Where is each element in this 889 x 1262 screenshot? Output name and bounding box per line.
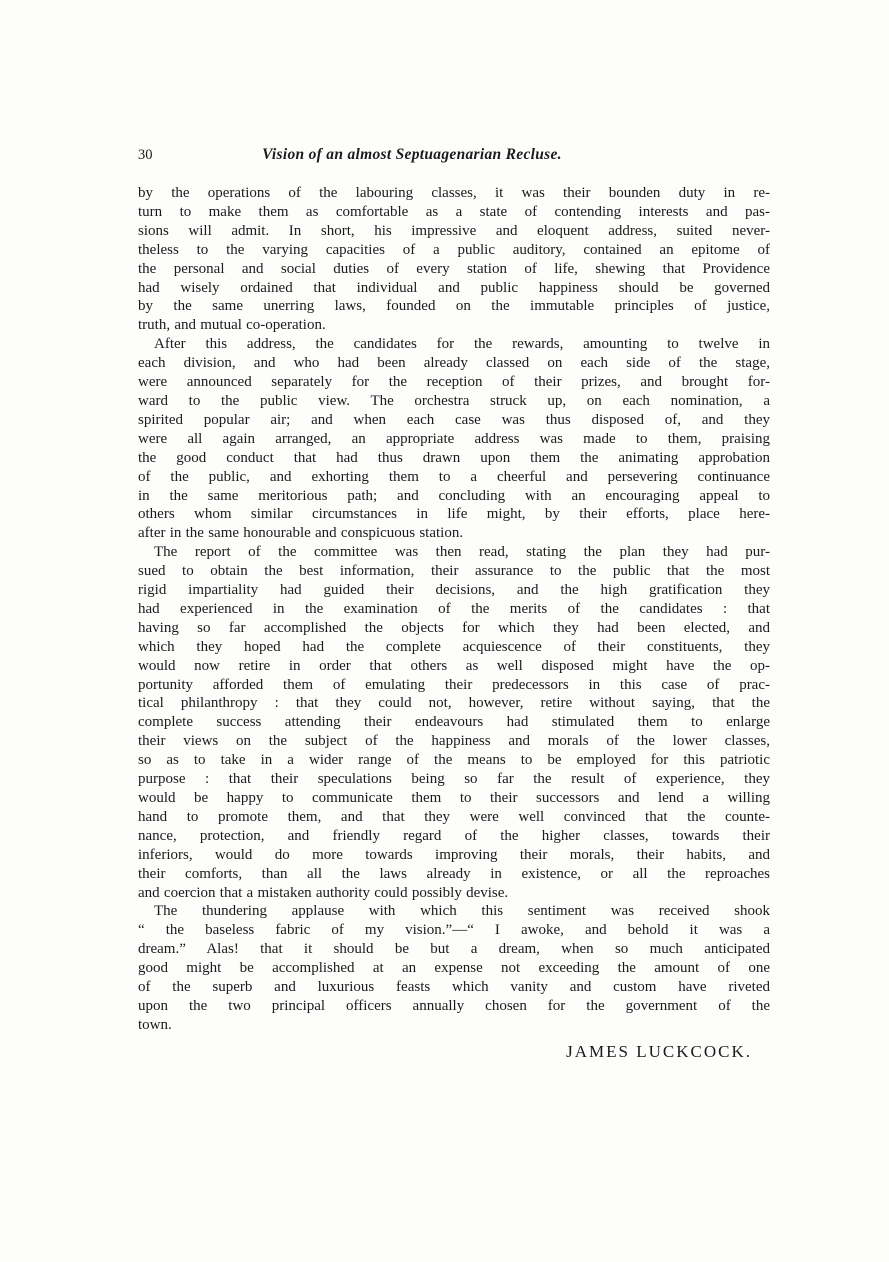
text-line: good might be accomplished at an expense… bbox=[138, 959, 770, 978]
text-line: “ the baseless fabric of my vision.”—“ I… bbox=[138, 921, 770, 940]
text-line: would now retire in order that others as… bbox=[138, 657, 770, 676]
paragraph: The report of the committee was then rea… bbox=[138, 543, 770, 902]
page-content: 30 Vision of an almost Septuagenarian Re… bbox=[138, 146, 770, 1062]
text-line: of the public, and exhorting them to a c… bbox=[138, 468, 770, 487]
text-line: and coercion that a mistaken authority c… bbox=[138, 884, 770, 903]
text-line: their views on the subject of the happin… bbox=[138, 732, 770, 751]
text-line: turn to make them as comfortable as a st… bbox=[138, 203, 770, 222]
text-line: The thundering applause with which this … bbox=[138, 902, 770, 921]
book-page: 30 Vision of an almost Septuagenarian Re… bbox=[0, 0, 889, 1262]
text-line: sions will admit. In short, his impressi… bbox=[138, 222, 770, 241]
text-line: rigid impartiality had guided their deci… bbox=[138, 581, 770, 600]
text-line: so as to take in a wider range of the me… bbox=[138, 751, 770, 770]
text-line: each division, and who had been already … bbox=[138, 354, 770, 373]
text-line: had experienced in the examination of th… bbox=[138, 600, 770, 619]
text-line: theless to the varying capacities of a p… bbox=[138, 241, 770, 260]
text-line: spirited popular air; and when each case… bbox=[138, 411, 770, 430]
text-line: their comforts, than all the laws alread… bbox=[138, 865, 770, 884]
page-header: 30 Vision of an almost Septuagenarian Re… bbox=[138, 146, 770, 168]
page-body: by the operations of the labouring class… bbox=[138, 184, 770, 1035]
text-line: after in the same honourable and conspic… bbox=[138, 524, 770, 543]
text-line: which they hoped had the complete acquie… bbox=[138, 638, 770, 657]
text-line: dream.” Alas! that it should be but a dr… bbox=[138, 940, 770, 959]
paragraph: The thundering applause with which this … bbox=[138, 902, 770, 1034]
text-line: in the same meritorious path; and conclu… bbox=[138, 487, 770, 506]
text-line: by the operations of the labouring class… bbox=[138, 184, 770, 203]
text-line: town. bbox=[138, 1016, 770, 1035]
text-line: of the superb and luxurious feasts which… bbox=[138, 978, 770, 997]
text-line: purpose : that their speculations being … bbox=[138, 770, 770, 789]
author-signature: JAMES LUCKCOCK. bbox=[138, 1042, 770, 1062]
text-line: sued to obtain the best information, the… bbox=[138, 562, 770, 581]
running-title: Vision of an almost Septuagenarian Reclu… bbox=[96, 146, 728, 164]
text-line: inferiors, would do more towards improvi… bbox=[138, 846, 770, 865]
text-line: portunity afforded them of emulating the… bbox=[138, 676, 770, 695]
text-line: by the same unerring laws, founded on th… bbox=[138, 297, 770, 316]
text-line: were announced separately for the recept… bbox=[138, 373, 770, 392]
text-line: the personal and social duties of every … bbox=[138, 260, 770, 279]
text-line: were all again arranged, an appropriate … bbox=[138, 430, 770, 449]
text-line: the good conduct that had thus drawn upo… bbox=[138, 449, 770, 468]
text-line: nance, protection, and friendly regard o… bbox=[138, 827, 770, 846]
text-line: would be happy to communicate them to th… bbox=[138, 789, 770, 808]
text-line: truth, and mutual co-operation. bbox=[138, 316, 770, 335]
text-line: hand to promote them, and that they were… bbox=[138, 808, 770, 827]
text-line: having so far accomplished the objects f… bbox=[138, 619, 770, 638]
paragraph: After this address, the candidates for t… bbox=[138, 335, 770, 543]
text-line: After this address, the candidates for t… bbox=[138, 335, 770, 354]
text-line: upon the two principal officers annually… bbox=[138, 997, 770, 1016]
text-line: others whom similar circumstances in lif… bbox=[138, 505, 770, 524]
text-line: ward to the public view. The orchestra s… bbox=[138, 392, 770, 411]
text-line: The report of the committee was then rea… bbox=[138, 543, 770, 562]
text-line: had wisely ordained that individual and … bbox=[138, 279, 770, 298]
text-line: complete success attending their endeavo… bbox=[138, 713, 770, 732]
text-line: tical philanthropy : that they could not… bbox=[138, 694, 770, 713]
paragraph: by the operations of the labouring class… bbox=[138, 184, 770, 335]
